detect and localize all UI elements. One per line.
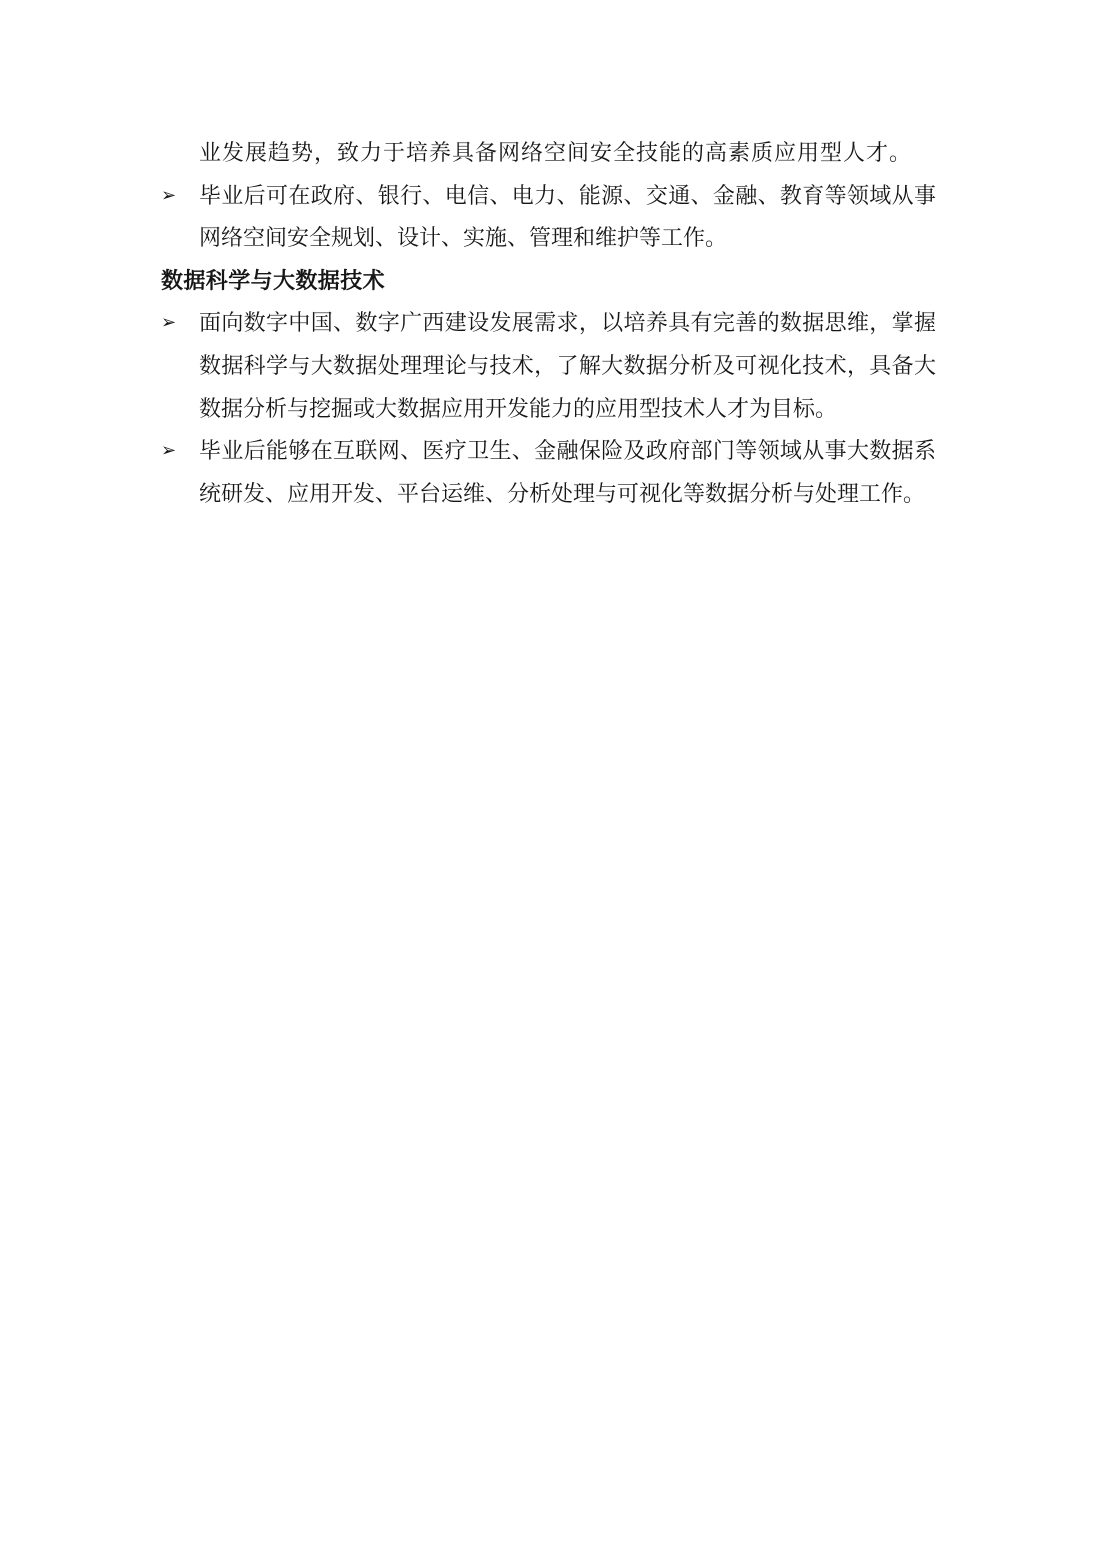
arrowhead-bullet-icon: ➢ [161, 430, 199, 473]
bullet-item-data-science-goal: ➢ 面向数字中国、数字广西建设发展需求，以培养具有完善的数据思维，掌握数据科学与… [161, 302, 936, 430]
arrowhead-bullet-icon: ➢ [161, 302, 199, 345]
bullet-item-text: 毕业后能够在互联网、医疗卫生、金融保险及政府部门等领域从事大数据系统研发、应用开… [199, 430, 936, 515]
continuation-paragraph: 业发展趋势，致力于培养具备网络空间安全技能的高素质应用型人才。 [199, 132, 936, 175]
bullet-item-text: 毕业后可在政府、银行、电信、电力、能源、交通、金融、教育等领域从事网络空间安全规… [199, 175, 936, 260]
bullet-item-graduate-bigdata: ➢ 毕业后能够在互联网、医疗卫生、金融保险及政府部门等领域从事大数据系统研发、应… [161, 430, 936, 515]
bullet-item-text: 面向数字中国、数字广西建设发展需求，以培养具有完善的数据思维，掌握数据科学与大数… [199, 302, 936, 430]
document-page: 业发展趋势，致力于培养具备网络空间安全技能的高素质应用型人才。 ➢ 毕业后可在政… [0, 0, 1102, 1559]
section-heading-data-science: 数据科学与大数据技术 [161, 260, 936, 303]
bullet-item-graduate-security: ➢ 毕业后可在政府、银行、电信、电力、能源、交通、金融、教育等领域从事网络空间安… [161, 175, 936, 260]
document-content: 业发展趋势，致力于培养具备网络空间安全技能的高素质应用型人才。 ➢ 毕业后可在政… [161, 132, 936, 515]
arrowhead-bullet-icon: ➢ [161, 175, 199, 218]
